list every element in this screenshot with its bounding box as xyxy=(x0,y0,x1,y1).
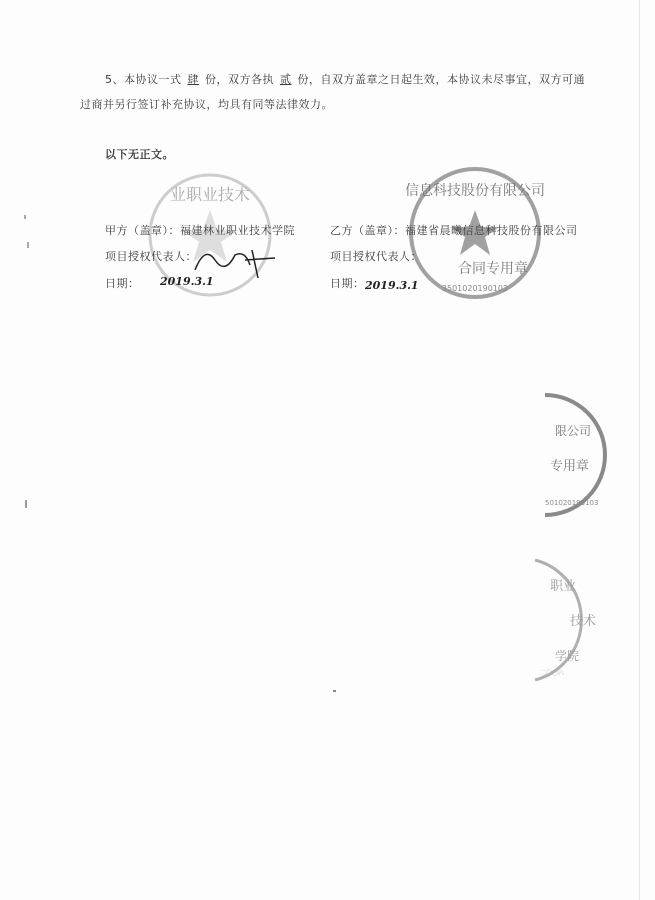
clause-5-line-2: 过商并另行签订补充协议，均具有同等法律效力。 xyxy=(80,96,333,112)
partial-seal-party-b: 限公司 专用章 501020190103 xyxy=(540,390,615,520)
scan-mark xyxy=(25,500,27,508)
svg-text:合同专用章: 合同专用章 xyxy=(458,260,528,277)
party-b-date-label: 日期： xyxy=(330,275,365,291)
svg-text:3501020190103: 3501020190103 xyxy=(442,284,508,293)
svg-text:信息科技股份有限公司: 信息科技股份有限公司 xyxy=(405,182,545,199)
scan-speck xyxy=(333,690,336,692)
clause-text: 5、本协议一式 xyxy=(105,73,182,86)
scan-mark xyxy=(24,215,26,219)
party-b-rep-label: 项目授权代表人： xyxy=(330,248,422,264)
scan-mark xyxy=(27,242,29,248)
party-b-label: 乙方（盖章）： xyxy=(330,224,405,237)
copies-each: 贰 xyxy=(274,73,298,86)
party-b-line: 乙方（盖章）：福建省晨曦信息科技股份有限公司 xyxy=(330,222,578,238)
partial-seal-party-a: 职业 技术 学院 二〇〇六 xyxy=(530,555,610,685)
svg-text:501020190103: 501020190103 xyxy=(545,499,598,507)
svg-text:业职业技术: 业职业技术 xyxy=(170,185,250,204)
svg-text:限公司: 限公司 xyxy=(555,424,591,438)
party-b-date-handwritten: 2019.3.1 xyxy=(365,279,419,292)
party-a-signature xyxy=(190,240,280,280)
party-a-date-label: 日期： xyxy=(105,275,140,291)
copies-total: 肆 xyxy=(182,73,206,86)
page-edge xyxy=(639,0,640,900)
end-note: 以下无正文。 xyxy=(105,146,174,162)
svg-text:职业: 职业 xyxy=(550,579,576,594)
clause-5-line-1: 5、本协议一式肆份，双方各执贰份，自双方盖章之日起生效，本协议未尽事宜，双方可通 xyxy=(105,71,585,87)
svg-text:学院: 学院 xyxy=(555,649,579,663)
svg-text:专用章: 专用章 xyxy=(550,458,589,474)
party-a-name: 福建林业职业技术学院 xyxy=(180,224,295,237)
party-a-label: 甲方（盖章）： xyxy=(105,224,180,237)
party-b-name: 福建省晨曦信息科技股份有限公司 xyxy=(405,224,578,237)
party-a-line: 甲方（盖章）：福建林业职业技术学院 xyxy=(105,222,295,238)
svg-text:二〇〇六: 二〇〇六 xyxy=(540,669,565,677)
svg-text:技术: 技术 xyxy=(570,613,596,629)
party-a-rep-label: 项目授权代表人： xyxy=(105,248,197,264)
clause-text: 份，自双方盖章之日起生效，本协议未尽事宜，双方可通 xyxy=(298,73,586,86)
clause-text: 份，双方各执 xyxy=(205,73,274,86)
